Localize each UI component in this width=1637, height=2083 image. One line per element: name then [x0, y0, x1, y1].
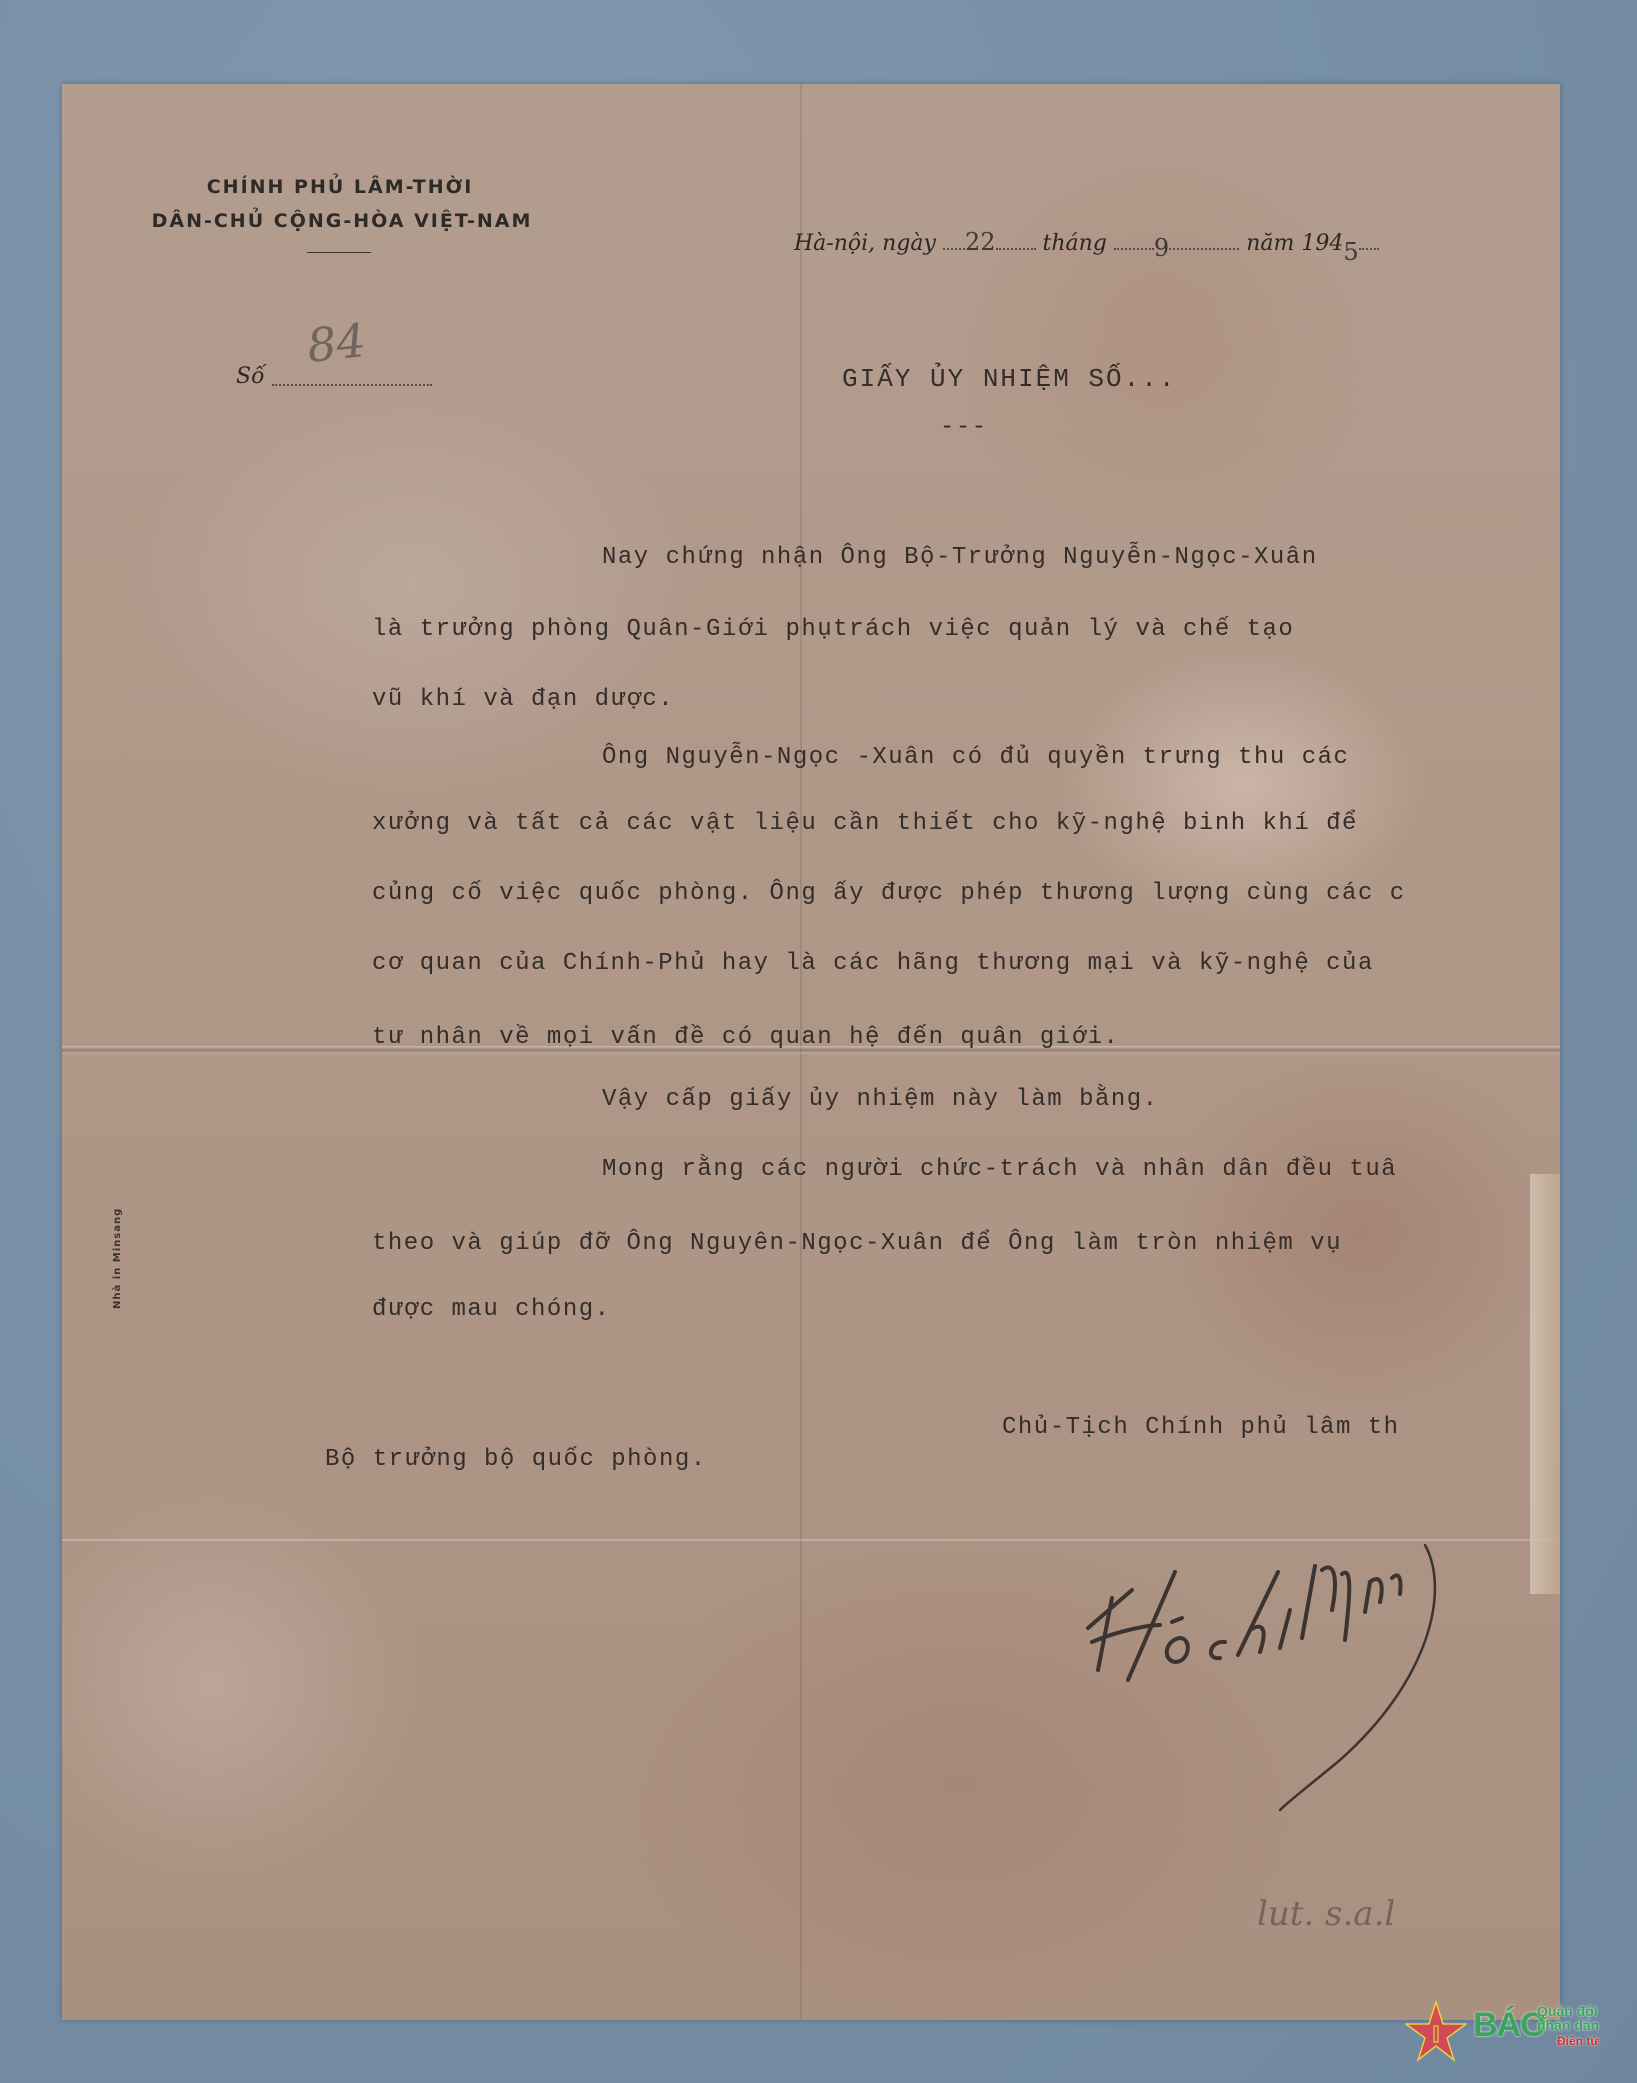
body-line-5: xưởng và tất cả các vật liệu cần thiết c…	[372, 810, 1358, 837]
printer-mark: Nhà in Minsang	[112, 1208, 123, 1309]
header-line-1: CHÍNH PHỦ LÂM-THỜI	[190, 176, 490, 198]
logo-line-1: Quân đội	[1537, 2004, 1599, 2018]
body-line-12: được mau chóng.	[372, 1296, 611, 1323]
body-line-10: Mong rằng các người chức-trách và nhân d…	[602, 1156, 1397, 1183]
red-star-icon	[1405, 2000, 1467, 2062]
number-handwritten: 84	[304, 313, 368, 373]
number-dotted-line	[272, 384, 432, 386]
body-line-1: Nay chứng nhận Ông Bộ-Trưởng Nguyễn-Ngọc…	[602, 544, 1318, 571]
body-line-9: Vậy cấp giấy ủy nhiệm này làm bằng.	[602, 1086, 1159, 1113]
body-line-8: tư nhân về mọi vấn đề có quan hệ đến quâ…	[372, 1024, 1119, 1051]
logo-bao-text: BÁO	[1473, 2006, 1546, 2045]
logo-quan-doi-text: Quân đội nhân dân	[1537, 2004, 1599, 2032]
body-line-2: là trưởng phòng Quân-Giới phụtrách việc …	[372, 616, 1294, 643]
body-line-7: cơ quan của Chính-Phủ hay là các hãng th…	[372, 950, 1374, 977]
date-year-digit: 5	[1343, 238, 1358, 266]
body-line-4: Ông Nguyễn-Ngọc -Xuân có đủ quyền trưng …	[602, 744, 1349, 771]
signature-ho-chi-minh	[1040, 1530, 1460, 1830]
date-line: Hà-nội, ngày 22 tháng 9 năm 1945	[794, 228, 1379, 256]
date-year-label: năm 194	[1246, 231, 1343, 256]
signer-right-title: Chủ-Tịch Chính phủ lâm th	[1002, 1414, 1400, 1441]
document-paper: CHÍNH PHỦ LÂM-THỜI DÂN-CHỦ CỘNG-HÒA VIỆT…	[62, 84, 1560, 2020]
date-day: 22	[965, 228, 996, 256]
bao-quan-doi-nhan-dan-watermark: BÁO Quân đội nhân dân Điện tử	[1405, 2000, 1625, 2060]
body-line-6: củng cố việc quốc phòng. Ông ấy được phé…	[372, 880, 1406, 907]
torn-edge	[1530, 1174, 1560, 1594]
header-rule	[307, 252, 371, 253]
date-month-label: tháng	[1043, 231, 1107, 256]
signer-left-title: Bộ trưởng bộ quốc phòng.	[325, 1446, 707, 1473]
date-place: Hà-nội, ngày	[794, 231, 936, 256]
number-label: Số	[236, 364, 265, 389]
logo-dien-tu-text: Điện tử	[1557, 2034, 1599, 2048]
faint-handwritten-note: lut. s.a.l	[1257, 1894, 1395, 1934]
header-line-2: DÂN-CHỦ CỘNG-HÒA VIỆT-NAM	[142, 210, 542, 232]
title-separator: ---	[940, 414, 988, 441]
body-line-11: theo và giúp đỡ Ông Nguyên-Ngọc-Xuân để …	[372, 1230, 1342, 1257]
document-title: GIẤY ỦY NHIỆM SỐ...	[842, 364, 1176, 394]
body-line-3: vũ khí và đạn dược.	[372, 686, 674, 713]
date-month: 9	[1154, 234, 1169, 262]
logo-line-2: nhân dân	[1537, 2018, 1599, 2032]
